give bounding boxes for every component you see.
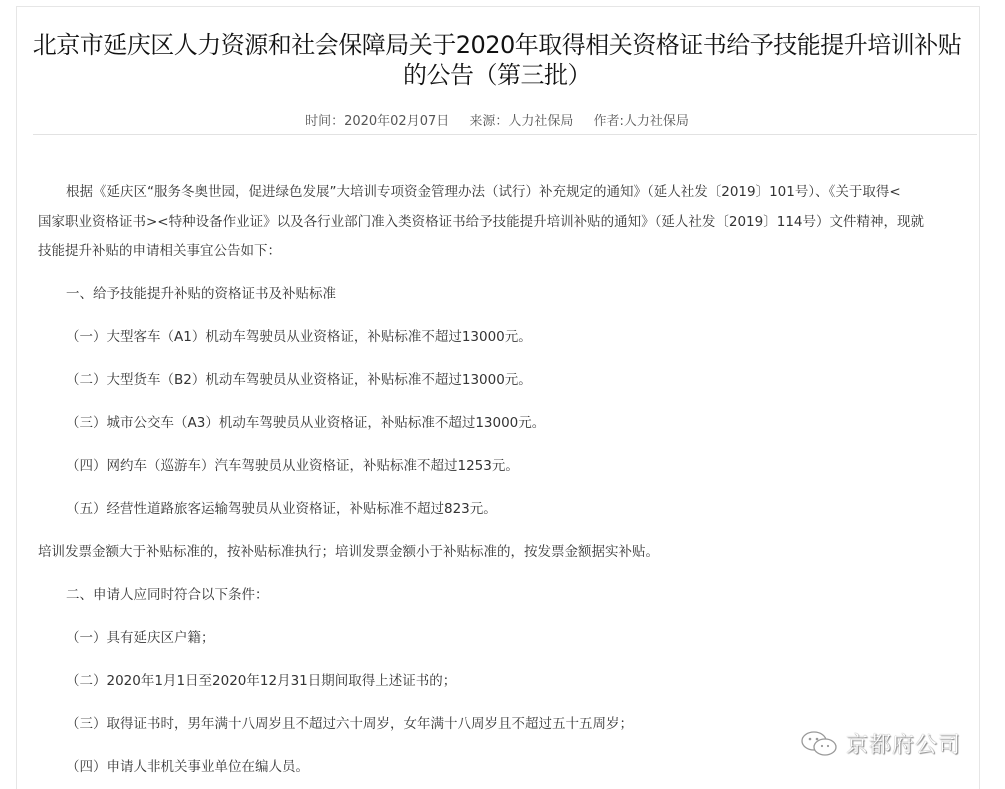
section2-item: （四）申请人非机关事业单位在编人员。 (66, 755, 309, 775)
intro-line-2: 国家职业资格证书><特种设备作业证》以及各行业部门准入类资格证书给予技能提升培训… (38, 210, 924, 230)
section2-item: （三）取得证书时，男年满十八周岁且不超过六十周岁，女年满十八周岁且不超过五十五周… (66, 712, 633, 732)
section2-heading: 二、申请人应同时符合以下条件： (66, 583, 269, 603)
watermark: 京都府公司 (800, 728, 961, 759)
divider (33, 134, 977, 135)
section1-heading: 一、给予技能提升补贴的资格证书及补贴标准 (66, 282, 336, 302)
article-meta: 时间：2020年02月07日 来源：人力社保局 作者:人力社保局 (16, 110, 978, 129)
watermark-text: 京都府公司 (846, 728, 961, 759)
wechat-icon (800, 730, 840, 758)
title-line-1: 北京市延庆区人力资源和社会保障局关于2020年取得相关资格证书给予技能提升培训补… (16, 30, 978, 60)
source: 来源：人力社保局 (469, 114, 573, 129)
intro-line-3: 技能提升补贴的申请相关事宜公告如下： (38, 239, 281, 259)
article-title: 北京市延庆区人力资源和社会保障局关于2020年取得相关资格证书给予技能提升培训补… (16, 30, 978, 90)
section2-item: （二）2020年1月1日至2020年12月31日期间取得上述证书的； (66, 669, 456, 689)
section2-item: （一）具有延庆区户籍； (66, 626, 215, 646)
section1-item: （五）经营性道路旅客运输驾驶员从业资格证，补贴标准不超过823元。 (66, 497, 497, 517)
author: 作者:人力社保局 (594, 114, 689, 129)
title-line-2: 的公告（第三批） (16, 60, 978, 90)
section1-note: 培训发票金额大于补贴标准的，按补贴标准执行；培训发票金额小于补贴标准的，按发票金… (38, 540, 659, 560)
section1-item: （四）网约车（巡游车）汽车驾驶员从业资格证，补贴标准不超过1253元。 (66, 454, 519, 474)
section1-item: （三）城市公交车（A3）机动车驾驶员从业资格证，补贴标准不超过13000元。 (66, 411, 545, 431)
intro-line-1: 根据《延庆区“服务冬奥世园，促进绿色发展”大培训专项资金管理办法（试行）补充规定… (66, 180, 901, 200)
section1-item: （一）大型客车（A1）机动车驾驶员从业资格证，补贴标准不超过13000元。 (66, 325, 532, 345)
publish-time: 时间：2020年02月07日 (305, 114, 449, 129)
section1-item: （二）大型货车（B2）机动车驾驶员从业资格证，补贴标准不超过13000元。 (66, 368, 532, 388)
